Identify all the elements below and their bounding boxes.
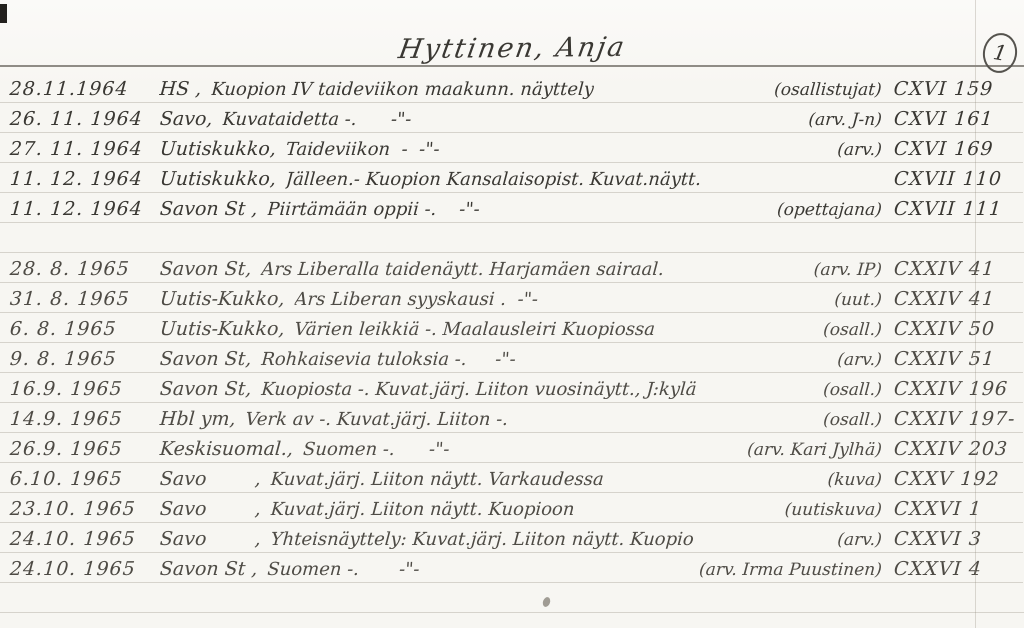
entry-text: Kuopiosta -. Kuvat.järj. Liiton vuosinäy… — [261, 379, 698, 400]
entry-row: 31. 8. 1965 Uutis-Kukko, Ars Liberan syy… — [0, 283, 1024, 313]
entry-ref: CXVI 169 — [893, 138, 1021, 160]
entry-source: Savon St , — [159, 198, 258, 220]
entries-list: 28.11.1964 HS , Kuopion IV taideviikon m… — [0, 67, 1024, 613]
entry-source: Savo, — [159, 108, 213, 130]
entry-text: Yhteisnäyttely: Kuvat.järj. Liiton näytt… — [270, 529, 694, 550]
group-gap-row — [0, 223, 1024, 253]
entry-date: 6.10. 1965 — [9, 468, 161, 490]
entry-source: Uutis-Kukko, — [159, 288, 285, 310]
card-header: Hyttinen, Anja 1 — [0, 0, 1024, 67]
entry-source: Uutiskukko, — [159, 138, 277, 160]
entry-note: (arv. Kari Jylhä) — [746, 440, 882, 460]
entry-row: 24.10. 1965 Savon St , Suomen -. -"- (ar… — [0, 553, 1024, 583]
entry-row: 24.10. 1965 Savo , Yhteisnäyttely: Kuvat… — [0, 523, 1024, 553]
entry-date: 23.10. 1965 — [9, 498, 161, 520]
entry-row: 27. 11. 1964 Uutiskukko, Taideviikon - -… — [0, 133, 1024, 163]
entry-text: Kuopion IV taideviikon maakunn. näyttely — [211, 79, 595, 100]
entry-ref: CXXIV 41 — [893, 288, 1021, 310]
entry-ref: CXXIV 51 — [893, 348, 1021, 370]
entry-text: Kuvataidetta -. -"- — [222, 109, 412, 130]
entry-date: 24.10. 1965 — [9, 528, 161, 550]
entry-ref: CXXIV 197- — [893, 408, 1021, 430]
entry-note: (osall.) — [823, 410, 883, 430]
entry-row: 28. 8. 1965 Savon St, Ars Liberalla taid… — [0, 253, 1024, 283]
entry-source: Savo , — [159, 498, 261, 520]
entry-note: (kuva) — [827, 470, 883, 490]
entry-note: (arv. Irma Puustinen) — [698, 560, 882, 580]
entry-note: (arv.) — [837, 350, 883, 370]
entry-ref: CXVI 159 — [893, 78, 1021, 100]
entry-note: (uut.) — [834, 290, 883, 310]
entry-source: HS , — [159, 78, 202, 100]
entry-ref: CXXIV 41 — [893, 258, 1021, 280]
entry-note: (arv.) — [837, 530, 883, 550]
entry-date: 27. 11. 1964 — [9, 138, 161, 160]
entry-ref: CXVI 161 — [893, 108, 1021, 130]
entry-source: Uutiskukko, — [159, 168, 277, 190]
entry-text: Kuvat.järj. Liiton näytt. Kuopioon — [270, 499, 575, 520]
entry-text: Ars Liberalla taidenäytt. Harjamäen sair… — [261, 259, 665, 280]
entry-text: Värien leikkiä -. Maalausleiri Kuopiossa — [294, 319, 656, 340]
entry-ref: CXXIV 196 — [893, 378, 1021, 400]
entry-ref: CXXVI 3 — [893, 528, 1021, 550]
entry-source: Savon St , — [159, 558, 258, 580]
entry-text: Piirtämään oppii -. -"- — [267, 199, 481, 220]
entry-text: Ars Liberan syyskausi . -"- — [294, 289, 539, 310]
entry-note: (osallistujat) — [774, 80, 883, 100]
entry-text: Suomen -. -"- — [267, 559, 421, 580]
entry-source: Hbl ym, — [159, 408, 236, 430]
entry-source: Savon St, — [159, 348, 252, 370]
entry-date: 11. 12. 1964 — [9, 198, 161, 220]
entry-source: Savon St, — [159, 258, 252, 280]
entry-date: 16.9. 1965 — [9, 378, 161, 400]
entry-ref: CXVII 110 — [893, 168, 1021, 190]
entry-note: (opettajana) — [776, 200, 882, 220]
entry-row: 26. 11. 1964 Savo, Kuvataidetta -. -"- (… — [0, 103, 1024, 133]
entry-date: 9. 8. 1965 — [9, 348, 161, 370]
entry-ref: CXXIV 50 — [893, 318, 1021, 340]
entry-note: (arv. J-n) — [808, 110, 883, 130]
entry-text: Verk av -. Kuvat.järj. Liiton -. — [245, 409, 509, 430]
entry-row: 23.10. 1965 Savo , Kuvat.järj. Liiton nä… — [0, 493, 1024, 523]
entry-date: 26.9. 1965 — [9, 438, 161, 460]
right-margin-rule — [975, 0, 976, 628]
page-number: 1 — [991, 40, 1008, 66]
entry-ref: CXXVI 4 — [893, 558, 1021, 580]
entry-source: Savo , — [159, 528, 261, 550]
entry-source: Uutis-Kukko, — [159, 318, 285, 340]
entry-source: Savo , — [159, 468, 261, 490]
entry-date: 28. 8. 1965 — [9, 258, 161, 280]
entry-ref: CXVII 111 — [893, 198, 1021, 220]
entry-date: 28.11.1964 — [9, 78, 161, 100]
entry-note: (arv. IP) — [813, 260, 882, 280]
entry-row: 28.11.1964 HS , Kuopion IV taideviikon m… — [0, 67, 1024, 103]
entry-source: Savon St, — [159, 378, 252, 400]
entry-row: 9. 8. 1965 Savon St, Rohkaisevia tuloksi… — [0, 343, 1024, 373]
entry-date: 24.10. 1965 — [9, 558, 161, 580]
entry-row: 14.9. 1965 Hbl ym, Verk av -. Kuvat.järj… — [0, 403, 1024, 433]
entry-row: 11. 12. 1964 Savon St , Piirtämään oppii… — [0, 193, 1024, 223]
entry-row: 6.10. 1965 Savo , Kuvat.järj. Liiton näy… — [0, 463, 1024, 493]
entry-text: Rohkaisevia tuloksia -. -"- — [261, 349, 517, 370]
entry-note: (arv.) — [837, 140, 883, 160]
entry-date: 11. 12. 1964 — [9, 168, 161, 190]
entry-ref: CXXV 192 — [893, 468, 1021, 490]
entry-row: 6. 8. 1965 Uutis-Kukko, Värien leikkiä -… — [0, 313, 1024, 343]
entry-row: 26.9. 1965 Keskisuomal., Suomen -. -"- (… — [0, 433, 1024, 463]
entry-ref: CXXIV 203 — [893, 438, 1021, 460]
trailing-rule-row — [0, 583, 1024, 613]
archive-card: Hyttinen, Anja 1 28.11.1964 HS , Kuopion… — [0, 0, 1024, 628]
entry-date: 26. 11. 1964 — [9, 108, 161, 130]
page-title: Hyttinen, Anja — [396, 32, 628, 65]
entry-source: Keskisuomal., — [159, 438, 294, 460]
entry-text: Jälleen.- Kuopion Kansalaisopist. Kuvat.… — [285, 169, 702, 190]
entry-text: Taideviikon - -"- — [285, 139, 440, 160]
entry-note: (osall.) — [823, 380, 883, 400]
entry-row: 16.9. 1965 Savon St, Kuopiosta -. Kuvat.… — [0, 373, 1024, 403]
entry-date: 6. 8. 1965 — [9, 318, 161, 340]
entry-date: 14.9. 1965 — [9, 408, 161, 430]
entry-ref: CXXVI 1 — [893, 498, 1021, 520]
entry-note: (uutiskuva) — [784, 500, 883, 520]
entry-date: 31. 8. 1965 — [9, 288, 161, 310]
entry-text: Kuvat.järj. Liiton näytt. Varkaudessa — [270, 469, 604, 490]
entry-row: 11. 12. 1964 Uutiskukko, Jälleen.- Kuopi… — [0, 163, 1024, 193]
entry-text: Suomen -. -"- — [302, 439, 450, 460]
entry-note: (osall.) — [823, 320, 883, 340]
